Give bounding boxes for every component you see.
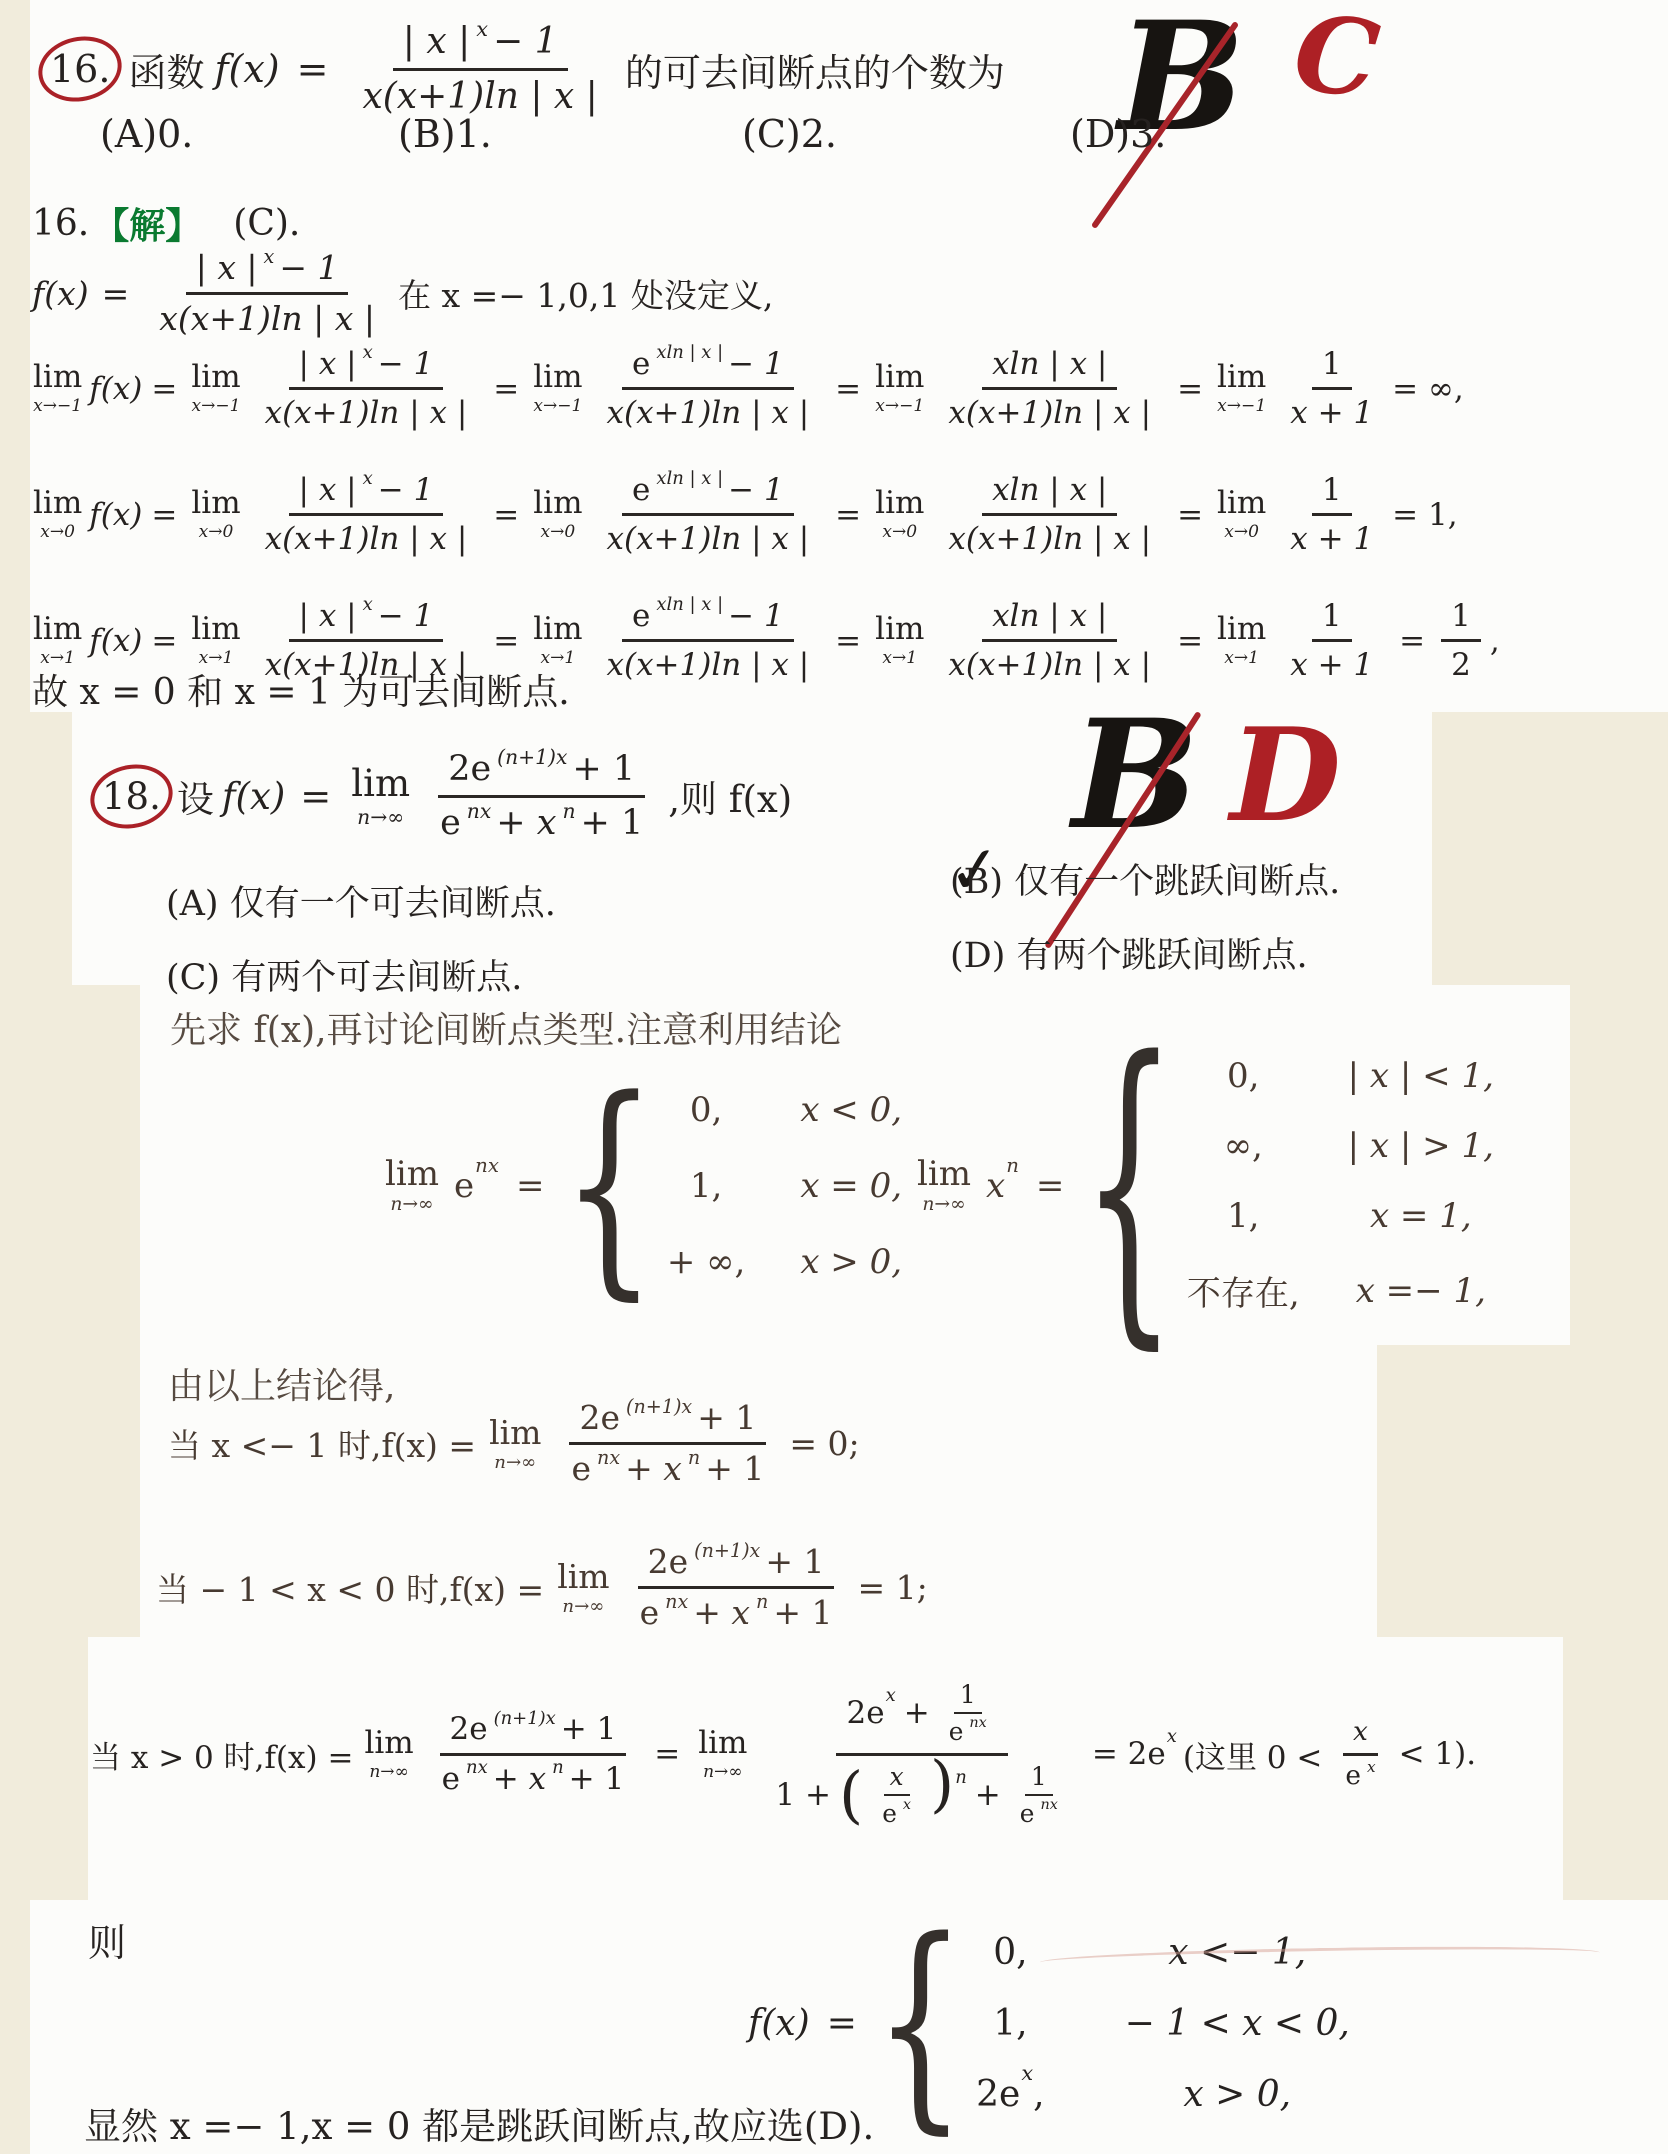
math-token: − 1 bbox=[279, 250, 338, 286]
limit-operator: limx→0 bbox=[875, 488, 924, 541]
red-circle-annotation bbox=[32, 29, 128, 109]
case-line-3: 当 x > 0 时,f(x) = limn→∞ 2e(n+1)x+ 1 enx+… bbox=[90, 1678, 1476, 1830]
solution-number: 16. bbox=[32, 203, 89, 244]
case-line-1: 当 x <− 1 时,f(x) = limn→∞ 2e(n+1)x+ 1 enx… bbox=[168, 1398, 860, 1490]
case-value: 0, bbox=[976, 1932, 1044, 1973]
scanned-textbook-page: { "m": { "lim": "lim", "nto": "n→∞", "xt… bbox=[0, 0, 1668, 2154]
plus-sign: + bbox=[904, 1696, 930, 1730]
case-value: 1, bbox=[976, 2003, 1044, 2044]
math-token: 2ex bbox=[846, 1696, 895, 1730]
inner-fraction: x ex bbox=[876, 1762, 917, 1829]
fraction-q18: 2e(n+1)x+ 1 enx+ xn+ 1 bbox=[630, 1542, 843, 1634]
then-word: 则 bbox=[88, 1912, 126, 1967]
handwritten-answer-d: D bbox=[1230, 712, 1341, 840]
case-value: 2ex, bbox=[976, 2074, 1044, 2115]
math-token: enx bbox=[454, 1166, 499, 1206]
limit-operator: limn→∞ bbox=[698, 1728, 747, 1781]
cases-x-n: 0,| x | < 1, ∞,| x | > 1, 1,x = 1, 不存在,x… bbox=[1187, 1056, 1494, 1315]
left-brace: { bbox=[874, 1911, 966, 2136]
option-b: (B) 仅有一个跳跃间断点. bbox=[950, 854, 1340, 904]
fraction-xln: xln | x | x(x+1)ln | x | bbox=[938, 597, 1161, 684]
right-paren-pow: )n bbox=[930, 1778, 967, 1812]
remark-close: < 1). bbox=[1399, 1736, 1477, 1772]
limit-operator: limx→−1 bbox=[33, 362, 82, 415]
math-token: f(x) bbox=[89, 371, 142, 407]
cases-e-nx: 0,x < 0, 1,x = 0, + ∞,x > 0, bbox=[667, 1090, 902, 1282]
math-token: f(x) bbox=[89, 497, 142, 533]
comma: , bbox=[1490, 623, 1500, 659]
equals-sign: = bbox=[493, 371, 519, 407]
equals-sign: = bbox=[493, 623, 519, 659]
case-condition: x = 0, bbox=[800, 1166, 902, 1206]
equals-sign: = bbox=[1036, 1166, 1065, 1206]
equals-sign: = bbox=[297, 47, 329, 91]
solution-16-heading: 16. 【解】 (C). bbox=[32, 198, 300, 249]
limit-line-1: limx→−1 f(x) = limx→−1 | x |x− 1 x(x+1)l… bbox=[28, 345, 1464, 432]
limit-line-2: limx→0 f(x) = limx→0 | x |x− 1 x(x+1)ln … bbox=[28, 471, 1458, 558]
fraction-exp: exln | x |− 1 x(x+1)ln | x | bbox=[597, 345, 820, 432]
case-value: 1, bbox=[667, 1166, 745, 1206]
question-18-number: 18. bbox=[94, 773, 169, 820]
math-token: xn bbox=[986, 1166, 1019, 1206]
case-condition: x < 0, bbox=[800, 1090, 902, 1130]
limit-operator: limx→−1 bbox=[875, 362, 924, 415]
limit-operator: limn→∞ bbox=[489, 1416, 541, 1472]
case-value: + ∞, bbox=[667, 1242, 745, 1282]
limit-operator: limx→0 bbox=[533, 488, 582, 541]
limit-operator: limx→1 bbox=[1217, 614, 1266, 667]
inner-fraction: 1 enx bbox=[1014, 1762, 1064, 1829]
definition-line: f(x) = | x |x− 1 x(x+1)ln | x | 在 x =− 1… bbox=[32, 248, 773, 340]
equals-sign: = bbox=[300, 775, 331, 818]
math-token: f(x) bbox=[214, 47, 279, 91]
math-token: f(x) bbox=[89, 623, 142, 659]
equals-sign: = bbox=[827, 2003, 857, 2044]
case-line-2: 当 − 1 < x < 0 时,f(x) = limn→∞ 2e(n+1)x+ … bbox=[156, 1542, 928, 1634]
analysis-intro: 先求 f(x),再讨论间断点类型.注意利用结论 bbox=[170, 1002, 842, 1053]
case-value: 0, bbox=[1187, 1056, 1300, 1096]
handwritten-answer-c: C bbox=[1290, 0, 1384, 113]
limit-operator: limn→∞ bbox=[385, 1157, 439, 1215]
math-token: 1 + bbox=[775, 1778, 831, 1812]
big-nested-fraction: 2ex + 1 enx 1 + ( x ex )n + 1 enx bbox=[765, 1678, 1078, 1830]
math-token: x(x+1)ln | x | bbox=[159, 301, 375, 337]
plus-sign: + bbox=[975, 1778, 1001, 1812]
case-lead: 当 x > 0 时,f(x) = bbox=[90, 1732, 353, 1777]
equals-sign: = bbox=[1177, 497, 1203, 533]
case-lead: 当 x <− 1 时,f(x) = bbox=[168, 1420, 476, 1467]
equals-sign: = bbox=[151, 371, 177, 407]
solution-answer: (C). bbox=[233, 203, 300, 244]
result: = 1, bbox=[1392, 497, 1457, 533]
option-c: (C)2. bbox=[742, 112, 837, 156]
case-lead: 当 − 1 < x < 0 时,f(x) = bbox=[156, 1564, 544, 1611]
limit-operator: limx→0 bbox=[1217, 488, 1266, 541]
case-condition: x > 0, bbox=[1125, 2074, 1350, 2115]
limit-operator: limx→0 bbox=[191, 488, 240, 541]
option-a: (A)0. bbox=[100, 112, 193, 156]
fraction-absx: | x |x− 1 x(x+1)ln | x | bbox=[255, 345, 478, 432]
equals-sign: = bbox=[1399, 623, 1425, 659]
result: = 2ex bbox=[1092, 1736, 1177, 1772]
math-token: f(x) bbox=[32, 274, 89, 313]
question-mid: ,则 f(x) bbox=[668, 769, 792, 823]
case-condition: − 1 < x < 0, bbox=[1125, 2003, 1350, 2044]
question-18-stem: 18. 设 f(x) = limn→∞ 2e(n+1)x+ 1 enx+ xn+… bbox=[94, 748, 792, 844]
equals-sign: = bbox=[493, 497, 519, 533]
fraction-simple: 1 x + 1 bbox=[1280, 471, 1383, 558]
question-lead: 函数 bbox=[128, 42, 204, 97]
limit-operator: limx→0 bbox=[33, 488, 82, 541]
equals-sign: = bbox=[835, 623, 861, 659]
equals-sign: = bbox=[151, 497, 177, 533]
math-token: | x | bbox=[196, 250, 258, 286]
equals-sign: = bbox=[102, 274, 130, 313]
result: = ∞, bbox=[1392, 371, 1464, 407]
fraction-exp: exln | x |− 1 x(x+1)ln | x | bbox=[597, 597, 820, 684]
math-token: | x | bbox=[403, 22, 470, 62]
case-value: 1, bbox=[1187, 1196, 1300, 1236]
solution-16-conclusion: 故 x = 0 和 x = 1 为可去间断点. bbox=[32, 664, 570, 715]
question-lead: 设 bbox=[177, 769, 214, 823]
definition-tail: 在 x =− 1,0,1 处没定义, bbox=[398, 270, 773, 317]
limit-operator: limn→∞ bbox=[557, 1560, 609, 1616]
limit-operator: limx→1 bbox=[191, 614, 240, 667]
equals-sign: = bbox=[654, 1736, 680, 1772]
limit-operator: limx→−1 bbox=[533, 362, 582, 415]
fraction-x-over-ex: x ex bbox=[1335, 1716, 1385, 1793]
option-c: (C) 有两个可去间断点. bbox=[166, 950, 522, 1000]
fraction-half: 1 2 bbox=[1441, 597, 1481, 684]
fraction-xln: xln | x | x(x+1)ln | x | bbox=[938, 471, 1161, 558]
final-conclusion: 显然 x =− 1,x = 0 都是跳跃间断点,故应选(D). bbox=[84, 2096, 874, 2150]
left-brace: { bbox=[561, 1069, 656, 1302]
option-d: (D) 有两个跳跃间断点. bbox=[950, 928, 1308, 978]
limit-operator: limx→1 bbox=[533, 614, 582, 667]
case-value: 0, bbox=[667, 1090, 745, 1130]
case-condition: x > 0, bbox=[800, 1242, 902, 1282]
limit-operator: limx→−1 bbox=[191, 362, 240, 415]
fraction-absx: | x |x− 1 x(x+1)ln | x | bbox=[352, 20, 607, 118]
limit-operator: limx→−1 bbox=[1217, 362, 1266, 415]
limit-operator: limn→∞ bbox=[364, 1728, 413, 1781]
case-value: 不存在, bbox=[1187, 1266, 1300, 1315]
math-token: − 1 bbox=[493, 22, 558, 62]
math-token: x(x+1)ln | x | bbox=[362, 77, 597, 117]
fraction-q18: 2e(n+1)x+ 1 enx+ xn+ 1 bbox=[561, 1398, 774, 1490]
limit-operator: limn→∞ bbox=[917, 1157, 971, 1215]
case-condition: x =− 1, bbox=[1348, 1271, 1494, 1311]
result: = 1; bbox=[857, 1568, 927, 1607]
case-condition: | x | > 1, bbox=[1348, 1126, 1494, 1166]
red-circle-annotation bbox=[84, 757, 178, 836]
solution-tag: 【解】 bbox=[93, 198, 201, 249]
equals-sign: = bbox=[516, 1166, 545, 1206]
fraction-xln: xln | x | x(x+1)ln | x | bbox=[938, 345, 1161, 432]
option-a: (A) 仅有一个可去间断点. bbox=[166, 876, 556, 926]
equals-sign: = bbox=[1177, 371, 1203, 407]
question-tail: 的可去间断点的个数为 bbox=[625, 42, 1005, 97]
option-b: (B)1. bbox=[398, 112, 492, 156]
handwritten-answer-b: B bbox=[1072, 700, 1199, 850]
question-16-number: 16. bbox=[42, 45, 118, 93]
math-token: f(x) bbox=[222, 775, 285, 818]
result: = 0; bbox=[789, 1424, 859, 1463]
question-16-stem: 16. 函数 f(x) = | x |x− 1 x(x+1)ln | x | 的… bbox=[42, 20, 1005, 118]
case-value: ∞, bbox=[1187, 1126, 1300, 1166]
limit-operator: limx→1 bbox=[875, 614, 924, 667]
case-condition: x = 1, bbox=[1348, 1196, 1494, 1236]
limit-operator: limx→1 bbox=[33, 614, 82, 667]
piecewise-limits-line: limn→∞ enx = { 0,x < 0, 1,x = 0, + ∞,x >… bbox=[380, 1056, 1494, 1315]
limit-operator: limn→∞ bbox=[351, 765, 410, 827]
option-d: (D)3. bbox=[1070, 112, 1166, 156]
equals-sign: = bbox=[151, 623, 177, 659]
fraction-exp: exln | x |− 1 x(x+1)ln | x | bbox=[597, 471, 820, 558]
remark-open: (这里 0 < bbox=[1183, 1732, 1323, 1777]
inner-fraction: 1 enx bbox=[943, 1680, 993, 1747]
fraction-absx: | x |x− 1 x(x+1)ln | x | bbox=[255, 471, 478, 558]
case-condition: | x | < 1, bbox=[1348, 1056, 1494, 1096]
fraction-q18: 2e(n+1)x+ 1 enx+ xn+ 1 bbox=[432, 1710, 635, 1797]
fraction-simple: 1 x + 1 bbox=[1280, 597, 1383, 684]
left-brace: { bbox=[1081, 1021, 1176, 1351]
equals-sign: = bbox=[1177, 623, 1203, 659]
equals-sign: = bbox=[835, 497, 861, 533]
fraction-simple: 1 x + 1 bbox=[1280, 345, 1383, 432]
math-token: f(x) bbox=[748, 2003, 810, 2044]
fraction-absx: | x |x− 1 x(x+1)ln | x | bbox=[149, 248, 385, 340]
fraction-q18: 2e(n+1)x+ 1 enx+ xn+ 1 bbox=[430, 748, 653, 844]
equals-sign: = bbox=[835, 371, 861, 407]
